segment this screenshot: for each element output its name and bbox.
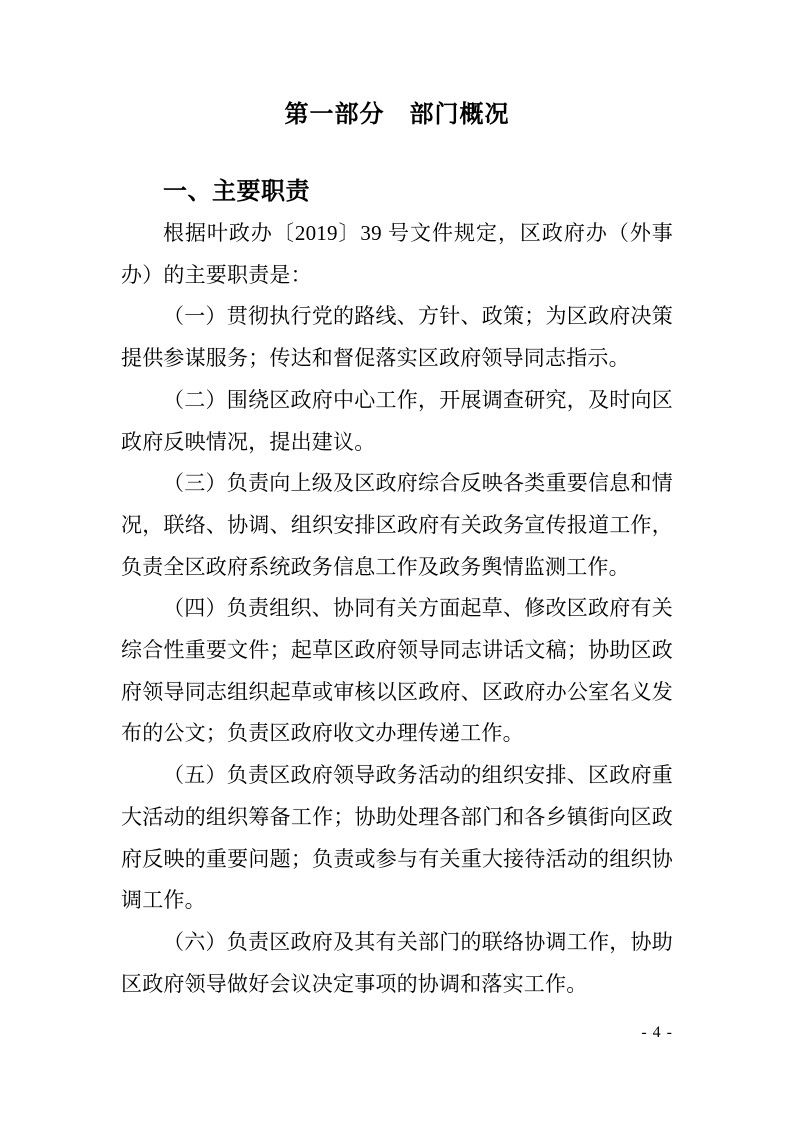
body-paragraph-intro: 根据叶政办〔2019〕39 号文件规定，区政府办（外事办）的主要职责是：: [121, 213, 673, 296]
body-paragraph-item-4: （四）负责组织、协同有关方面起草、修改区政府有关综合性重要文件；起草区政府领导同…: [121, 588, 673, 755]
page-number: - 4 -: [641, 1024, 673, 1042]
body-paragraph-item-6: （六）负责区政府及其有关部门的联络协调工作，协助区政府领导做好会议决定事项的协调…: [121, 922, 673, 1005]
document-content: 第一部分 部门概况 一、主要职责 根据叶政办〔2019〕39 号文件规定，区政府…: [121, 94, 673, 1005]
section-heading-main-duties: 一、主要职责: [121, 171, 673, 213]
document-page: 第一部分 部门概况 一、主要职责 根据叶政办〔2019〕39 号文件规定，区政府…: [0, 0, 793, 1122]
body-paragraph-item-3: （三）负责向上级及区政府综合反映各类重要信息和情况，联络、协调、组织安排区政府有…: [121, 463, 673, 588]
body-paragraph-item-1: （一）贯彻执行党的路线、方针、政策；为区政府决策提供参谋服务；传达和督促落实区政…: [121, 296, 673, 379]
body-paragraph-item-2: （二）围绕区政府中心工作，开展调查研究，及时向区政府反映情况，提出建议。: [121, 380, 673, 463]
document-title: 第一部分 部门概况: [121, 94, 673, 136]
body-paragraph-item-5: （五）负责区政府领导政务活动的组织安排、区政府重大活动的组织筹备工作；协助处理各…: [121, 755, 673, 922]
